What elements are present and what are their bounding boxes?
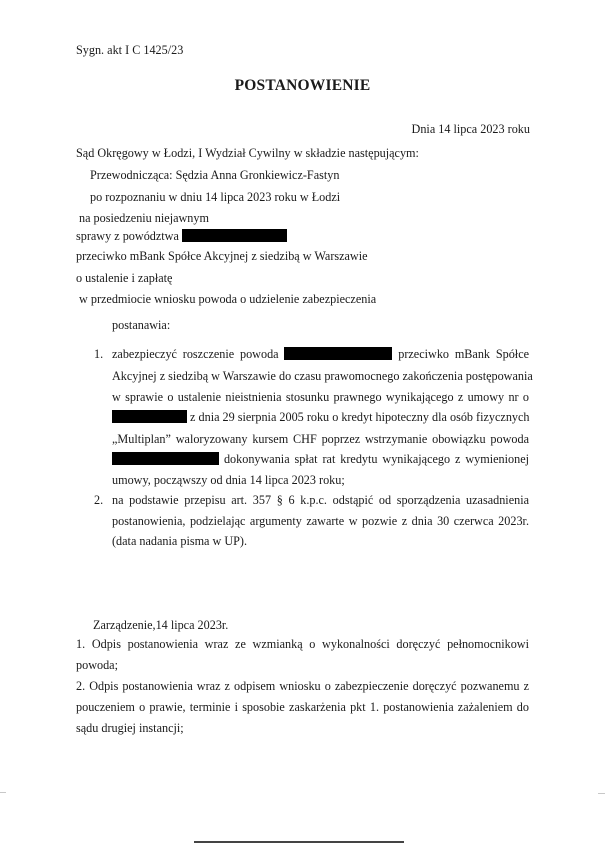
order-point-2-line-3: sądu drugiej instancji;: [76, 720, 529, 736]
redacted-plaintiff-name: [182, 229, 287, 242]
court-composition: Sąd Okręgowy w Łodzi, I Wydział Cywilny …: [76, 145, 419, 161]
item-1-line-6: dokonywania spłat rat kredytu wynikające…: [112, 451, 529, 467]
item-1-text: zabezpieczyć roszczenie powoda: [112, 347, 279, 361]
redacted-contract-number: [112, 410, 187, 423]
subject-line: o ustalenie i zapłatę: [76, 270, 172, 286]
item-1-number: 1.: [94, 346, 103, 362]
item-2-number: 2.: [94, 492, 103, 508]
item-1-text: z dnia 29 sierpnia 2005 roku o kredyt hi…: [190, 410, 529, 424]
redacted-plaintiff-name: [112, 452, 219, 465]
session-line: na posiedzeniu niejawnym: [79, 210, 209, 226]
crop-mark-left: [0, 792, 6, 793]
item-1-line-4: z dnia 29 sierpnia 2005 roku o kredyt hi…: [112, 409, 529, 425]
item-2-line-2: postanowienia, podzielając argumenty zaw…: [112, 513, 529, 529]
document-date: Dnia 14 lipca 2023 roku: [412, 121, 530, 137]
item-1-line-1: zabezpieczyć roszczenie powoda przeciwko…: [112, 346, 529, 362]
item-1-line-2: Akcyjnej z siedzibą w Warszawie do czasu…: [112, 368, 529, 384]
item-1-line-7: umowy, począwszy od dnia 14 lipca 2023 r…: [112, 472, 529, 488]
footer-rule: [194, 841, 404, 843]
presiding-judge: Przewodnicząca: Sędzia Anna Gronkiewicz-…: [90, 167, 339, 183]
order-point-1-line-2: powoda;: [76, 657, 529, 673]
motion-line: w przedmiocie wniosku powoda o udzieleni…: [79, 291, 376, 307]
crop-mark-right: [598, 793, 605, 794]
item-1-text: dokonywania spłat rat kredytu wynikające…: [224, 452, 529, 466]
plaintiff-prefix: sprawy z powództwa: [76, 229, 179, 243]
decision-keyword: postanawia:: [112, 317, 170, 333]
order-point-2-line-2: pouczeniem o prawie, terminie i sposobie…: [76, 699, 529, 715]
redacted-plaintiff-name: [284, 347, 392, 360]
document-title: POSTANOWIENIE: [0, 76, 605, 96]
item-2-line-3: (data nadania pisma w UP).: [112, 533, 529, 549]
order-point-1-line-1: 1. Odpis postanowienia wraz ze wzmianką …: [76, 636, 529, 652]
case-reference: Sygn. akt I C 1425/23: [76, 42, 183, 58]
order-heading: Zarządzenie,14 lipca 2023r.: [93, 617, 228, 633]
item-2-line-1: na podstawie przepisu art. 357 § 6 k.p.c…: [112, 492, 529, 508]
item-1-line-5: „Multiplan” waloryzowany kursem CHF popr…: [112, 431, 529, 447]
item-1-text: przeciwko mBank Spółce: [398, 347, 529, 361]
item-1-line-3: w sprawie o ustalenie nieistnienia stosu…: [112, 389, 529, 405]
plaintiff-line: sprawy z powództwa: [76, 228, 287, 244]
defendant-line: przeciwko mBank Spółce Akcyjnej z siedzi…: [76, 248, 368, 264]
hearing-line: po rozpoznaniu w dniu 14 lipca 2023 roku…: [90, 189, 340, 205]
order-point-2-line-1: 2. Odpis postanowienia wraz z odpisem wn…: [76, 678, 529, 694]
